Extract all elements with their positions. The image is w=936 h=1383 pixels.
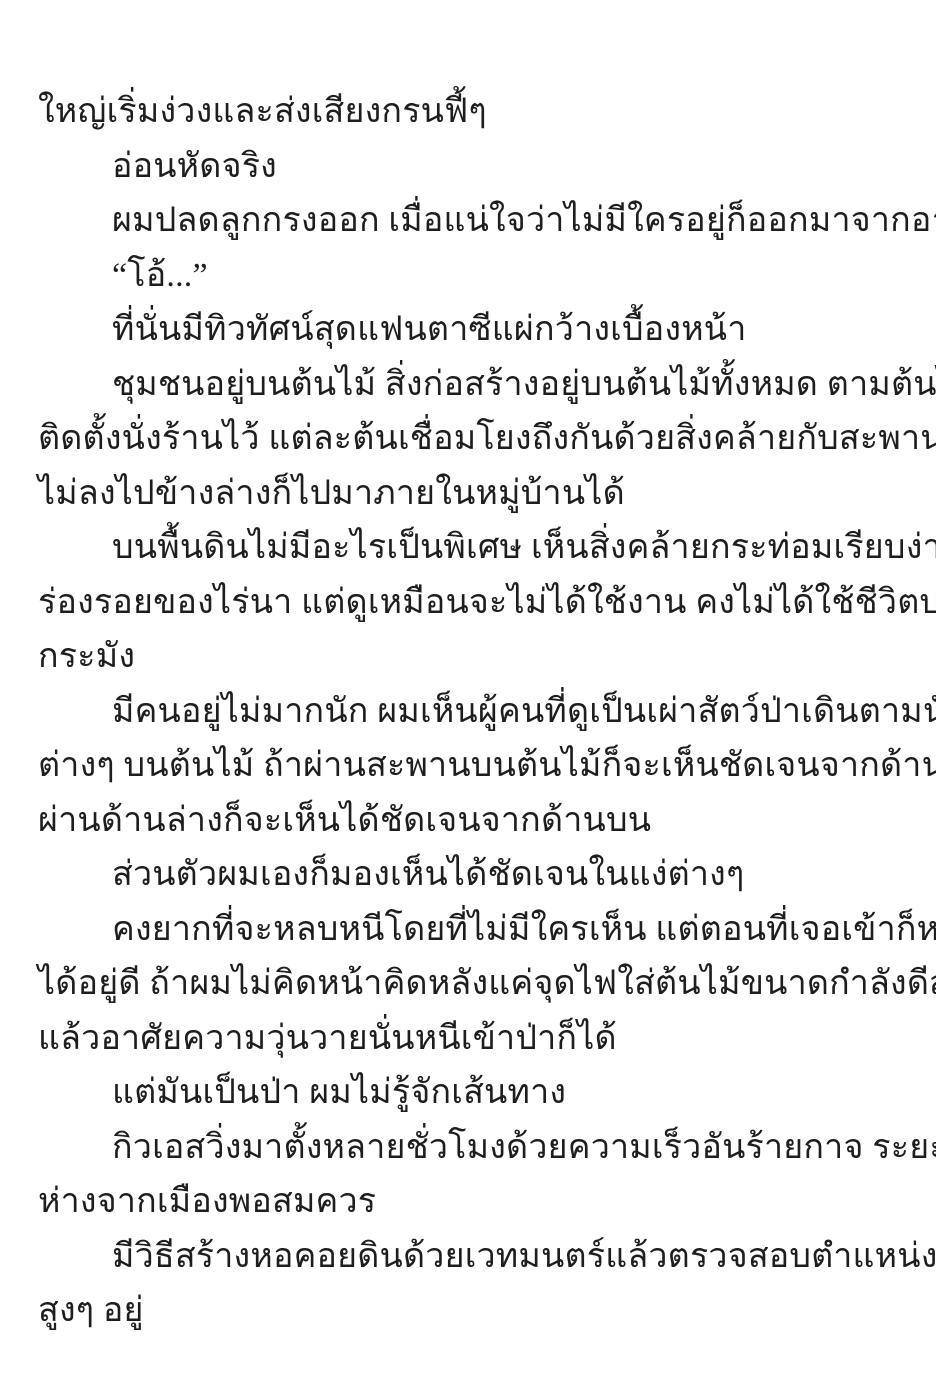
text-line: ต่างๆ บนต้นไม้ ถ้าผ่านสะพานบนต้นไม้ก็จะเ… — [38, 739, 900, 794]
text-line: มีคนอยู่ไม่มากนัก ผมเห็นผู้คนที่ดูเป็นเผ… — [38, 685, 900, 740]
book-page: ใหญ่เริ่มง่วงและส่งเสียงกรนฟี้ๆ อ่อนหัดจ… — [0, 0, 936, 1383]
text-line: อ่อนหัดจริง — [38, 140, 900, 195]
text-line: ใหญ่เริ่มง่วงและส่งเสียงกรนฟี้ๆ — [38, 85, 900, 140]
text-line: แล้วอาศัยความวุ่นวายนั่นหนีเข้าป่าก็ได้ — [38, 1012, 900, 1067]
text-line: แต่มันเป็นป่า ผมไม่รู้จักเส้นทาง — [38, 1066, 900, 1121]
text-line: คงยากที่จะหลบหนีโดยที่ไม่มีใครเห็น แต่ตอ… — [38, 903, 900, 958]
text-line: กิวเอสวิ่งมาตั้งหลายชั่วโมงด้วยความเร็วอ… — [38, 1121, 900, 1176]
text-line: ที่นั่นมีทิวทัศน์สุดแฟนตาซีแผ่กว้างเบื้อ… — [38, 303, 900, 358]
text-line: สูงๆ อยู่ — [38, 1284, 900, 1339]
text-line: ไม่ลงไปข้างล่างก็ไปมาภายในหมู่บ้านได้ — [38, 467, 900, 522]
text-line: ติดตั้งนั่งร้านไว้ แต่ละต้นเชื่อมโยงถึงก… — [38, 412, 900, 467]
text-line: ร่องรอยของไร่นา แต่ดูเหมือนจะไม่ได้ใช้งา… — [38, 576, 900, 631]
text-line: ผมปลดลูกกรงออก เมื่อแน่ใจว่าไม่มีใครอยู่… — [38, 194, 900, 249]
text-line: กระมัง — [38, 630, 900, 685]
text-line: ได้อยู่ดี ถ้าผมไม่คิดหน้าคิดหลังแค่จุดไฟ… — [38, 957, 900, 1012]
text-line: “โอ้...” — [38, 249, 900, 304]
text-line: บนพื้นดินไม่มีอะไรเป็นพิเศษ เห็นสิ่งคล้า… — [38, 521, 900, 576]
text-line: มีวิธีสร้างหอคอยดินด้วยเวทมนตร์แล้วตรวจส… — [38, 1230, 900, 1285]
text-line: ห่างจากเมืองพอสมควร — [38, 1175, 900, 1230]
text-line: ผ่านด้านล่างก็จะเห็นได้ชัดเจนจากด้านบน — [38, 794, 900, 849]
text-line: ชุมชนอยู่บนต้นไม้ สิ่งก่อสร้างอยู่บนต้นไ… — [38, 358, 900, 413]
text-line: ส่วนตัวผมเองก็มองเห็นได้ชัดเจนในแง่ต่างๆ — [38, 848, 900, 903]
